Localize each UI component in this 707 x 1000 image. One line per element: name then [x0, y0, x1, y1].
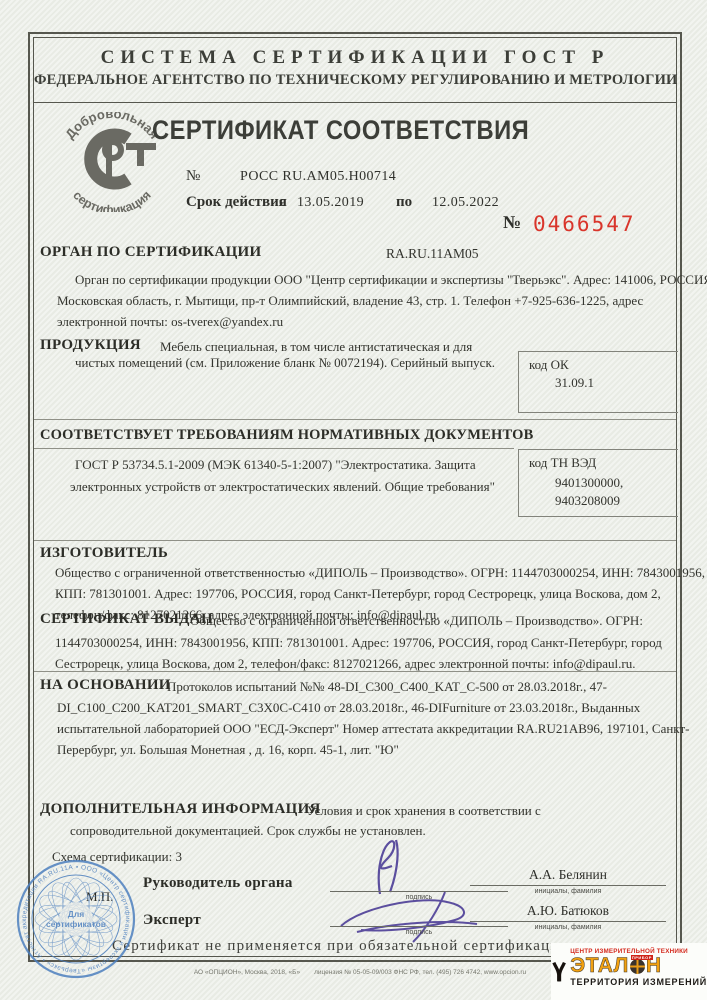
additional-first-line: Условия и срок хранения в соответствии с — [307, 803, 541, 819]
mandatory-certification-note: Сертификат не применяется при обязательн… — [112, 938, 569, 955]
issued-heading: СЕРТИФИКАТ ВЫДАН — [40, 611, 213, 628]
federal-agency-title: ФЕДЕРАЛЬНОЕ АГЕНТСТВО ПО ТЕХНИЧЕСКОМУ РЕ… — [34, 72, 676, 89]
blank-number-value: 0466547 — [533, 212, 636, 236]
expert-name: А.Ю. Батюков — [470, 903, 666, 919]
certification-stamp-icon: • ООО «Центр сертификации и экспертизы «… — [14, 857, 138, 981]
conformity-line2: электронных устройств от электростатичес… — [70, 479, 495, 495]
basis-body-line: испытательной лабораторией ООО "ЕСД-Эксп… — [57, 718, 689, 739]
svg-text:сертификация: сертификация — [70, 188, 154, 212]
conformity-line1: ГОСТ Р 53734.5.1-2009 (МЭК 61340-5-1:200… — [75, 457, 476, 473]
etalon-name: ЭТАЛПРИБОРН — [570, 955, 707, 976]
product-heading: ПРОДУКЦИЯ — [40, 337, 141, 354]
stamp-center-line2: сертификатов — [46, 919, 106, 929]
manufacturer-body-line: КПП: 781301001. Адрес: 197706, РОССИЯ, г… — [55, 583, 705, 604]
conformity-underline — [34, 448, 514, 449]
product-line2: чистых помещений (см. Приложение бланк №… — [75, 355, 495, 371]
issued-first-line: Общество с ограниченной ответственностью… — [190, 613, 643, 629]
organ-body-line: Орган по сертификации продукции ООО "Цен… — [75, 269, 707, 290]
basis-body: DI_C100_C200_KAT201_SMART_C3X0C-C410 от … — [57, 697, 689, 760]
conformity-heading: СООТВЕТСТВУЕТ ТРЕБОВАНИЯМ НОРМАТИВНЫХ ДО… — [40, 427, 534, 444]
head-of-body-label: Руководитель органа — [143, 875, 293, 892]
product-line1: Мебель специальная, в том числе антистат… — [160, 339, 472, 355]
expert-name-line — [470, 921, 666, 922]
basis-first-line: Протоколов испытаний №№ 48-DI_C300_C400_… — [167, 679, 607, 695]
etalon-logo: ЦЕНТР ИЗМЕРИТЕЛЬНОЙ ТЕХНИКИ ЭТАЛПРИБОРН … — [551, 943, 707, 1000]
print-shop-left: АО «ОПЦИОН», Москва, 2018, «Б» — [194, 969, 300, 976]
validity-label: Срок действия — [186, 194, 287, 211]
basis-body-line: Перербург, ул. Большая Монетная , д. 16,… — [57, 739, 689, 760]
issued-body-line: 1144703000254, ИНН: 7843001956, КПП: 781… — [55, 632, 662, 653]
rst-arc-bottom-text: сертификация — [70, 188, 154, 212]
expert-signature-stroke — [327, 886, 487, 946]
print-shop-right: лицензия № 05-05-09/003 ФНС РФ, тел. (49… — [314, 969, 526, 976]
organ-heading: ОРГАН ПО СЕРТИФИКАЦИИ — [40, 244, 262, 261]
validity-from-label: с — [279, 194, 286, 211]
head-name-line — [470, 885, 666, 886]
validity-to-label: по — [396, 194, 412, 211]
section-divider — [34, 419, 676, 420]
blank-number-label: № — [503, 212, 521, 233]
etalon-globe-label: ПРИБОР — [631, 955, 653, 960]
rst-letter-t-stem — [137, 143, 144, 166]
rst-letter-r-bowl — [105, 142, 121, 158]
stamp-center-line1: Для — [68, 909, 84, 919]
certificate-page: СИСТЕМА СЕРТИФИКАЦИИ ГОСТ Р ФЕДЕРАЛЬНОЕ … — [0, 0, 707, 1000]
tnved-code-box: код ТН ВЭД 9401300000, 9403208009 — [518, 449, 678, 517]
additional-heading: ДОПОЛНИТЕЛЬНАЯ ИНФОРМАЦИЯ — [40, 801, 321, 818]
certificate-number-value: РОСС RU.AM05.H00714 — [240, 169, 396, 185]
basis-heading: НА ОСНОВАНИИ — [40, 677, 171, 694]
organ-body-line: Московская область, г. Мытищи, пр-т Олим… — [57, 290, 707, 311]
expert-label: Эксперт — [143, 912, 201, 929]
issued-body: 1144703000254, ИНН: 7843001956, КПП: 781… — [55, 632, 662, 674]
manufacturer-heading: ИЗГОТОВИТЕЛЬ — [40, 545, 168, 562]
expert-name-caption: инициалы, фамилия — [470, 924, 666, 931]
certificate-header: СИСТЕМА СЕРТИФИКАЦИИ ГОСТ Р ФЕДЕРАЛЬНОЕ … — [34, 38, 676, 103]
head-name: А.А. Белянин — [470, 867, 666, 883]
etalon-bottom-text: ТЕРРИТОРИЯ ИЗМЕРЕНИЙ — [570, 977, 707, 987]
basis-body-line: DI_C100_C200_KAT201_SMART_C3X0C-C410 от … — [57, 697, 689, 718]
etalon-globe-icon: ПРИБОР — [630, 959, 645, 974]
certificate-number-label: № — [186, 168, 200, 185]
validity-date-to: 12.05.2022 — [432, 195, 499, 211]
organ-body-line: электронной почты: os-tverex@yandex.ru — [57, 311, 707, 332]
organ-reg-number: RA.RU.11AM05 — [386, 246, 479, 262]
etalon-name-pre: ЭТАЛ — [570, 955, 629, 976]
certificate-frame-inner: СИСТЕМА СЕРТИФИКАЦИИ ГОСТ Р ФЕДЕРАЛЬНОЕ … — [33, 37, 677, 957]
ok-code-box: код ОК 31.09.1 — [518, 351, 678, 413]
etalon-tuning-fork-icon — [551, 947, 567, 997]
tnved-code-label: код ТН ВЭД — [529, 455, 678, 471]
tnved-code-value2: 9403208009 — [555, 493, 678, 509]
certificate-frame: СИСТЕМА СЕРТИФИКАЦИИ ГОСТ Р ФЕДЕРАЛЬНОЕ … — [28, 32, 682, 962]
print-shop-info: АО «ОПЦИОН», Москва, 2018, «Б»лицензия №… — [145, 969, 575, 976]
head-name-caption: инициалы, фамилия — [470, 888, 666, 895]
section-divider — [34, 540, 676, 541]
validity-date-from: 13.05.2019 — [297, 195, 364, 211]
system-title: СИСТЕМА СЕРТИФИКАЦИИ ГОСТ Р — [34, 47, 676, 69]
organ-body: Орган по сертификации продукции ООО "Цен… — [57, 269, 707, 332]
certificate-title: СЕРТИФИКАТ СООТВЕТСТВИЯ — [152, 115, 529, 146]
tnved-code-value1: 9401300000, — [555, 475, 678, 491]
ok-code-label: код ОК — [529, 357, 678, 373]
manufacturer-body-line: Общество с ограниченной ответственностью… — [55, 562, 705, 583]
section-divider — [34, 671, 676, 672]
ok-code-value: 31.09.1 — [555, 375, 678, 391]
